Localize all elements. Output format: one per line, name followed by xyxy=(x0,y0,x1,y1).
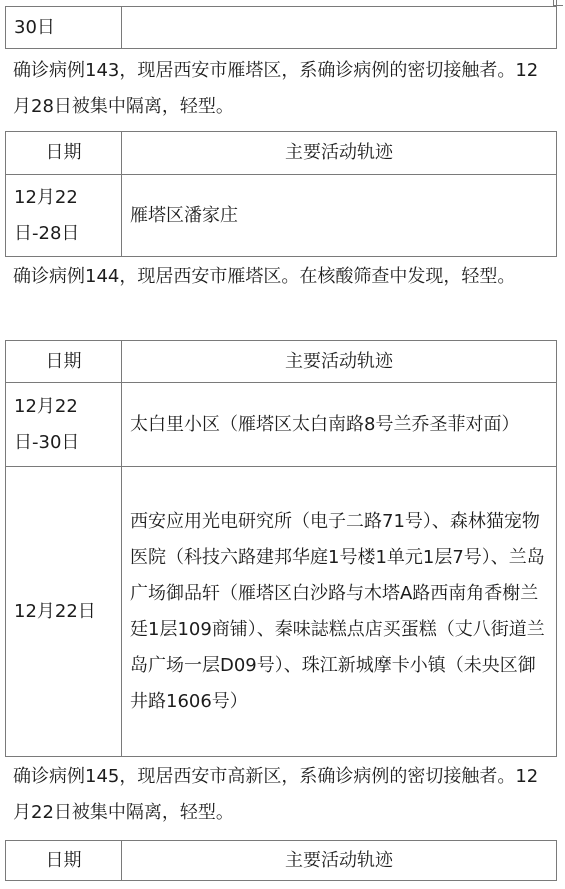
case-145-table: 日期 主要活动轨迹 xyxy=(5,840,557,881)
table-row: 12月22日-30日 太白里小区（雁塔区太白南路8号兰乔圣菲对面） xyxy=(6,382,556,466)
date-cell: 12月22日-30日 xyxy=(6,383,122,466)
case-145-description: 确诊病例145，现居西安市高新区，系确诊病例的密切接触者。12月22日被集中隔离… xyxy=(13,759,553,831)
table-header-row: 日期 主要活动轨迹 xyxy=(6,341,556,382)
fragment-table: 30日 xyxy=(5,6,557,49)
table-header-row: 日期 主要活动轨迹 xyxy=(6,132,556,174)
header-date: 日期 xyxy=(6,341,122,382)
track-cell: 雁塔区潘家庄 xyxy=(122,175,556,256)
case-144-description: 确诊病例144，现居西安市雁塔区。在核酸筛查中发现，轻型。 xyxy=(13,259,553,295)
date-cell: 30日 xyxy=(6,7,122,48)
date-cell: 12月22日-28日 xyxy=(6,175,122,256)
track-cell xyxy=(122,7,556,48)
track-cell: 太白里小区（雁塔区太白南路8号兰乔圣菲对面） xyxy=(122,383,556,466)
header-date: 日期 xyxy=(6,132,122,174)
header-date: 日期 xyxy=(6,841,122,880)
table-row: 12月22日 西安应用光电研究所（电子二路71号）、森林猫宠物医院（科技六路建邦… xyxy=(6,466,556,756)
header-track: 主要活动轨迹 xyxy=(122,841,556,880)
header-track: 主要活动轨迹 xyxy=(122,341,556,382)
table-row: 30日 xyxy=(6,7,556,48)
table-header-row: 日期 主要活动轨迹 xyxy=(6,841,556,880)
case-144-table: 日期 主要活动轨迹 12月22日-30日 太白里小区（雁塔区太白南路8号兰乔圣菲… xyxy=(5,340,557,757)
case-143-table: 日期 主要活动轨迹 12月22日-28日 雁塔区潘家庄 xyxy=(5,131,557,257)
header-track: 主要活动轨迹 xyxy=(122,132,556,174)
table-row: 12月22日-28日 雁塔区潘家庄 xyxy=(6,174,556,256)
case-143-description: 确诊病例143，现居西安市雁塔区，系确诊病例的密切接触者。12月28日被集中隔离… xyxy=(13,53,553,125)
track-cell: 西安应用光电研究所（电子二路71号）、森林猫宠物医院（科技六路建邦华庭1号楼1单… xyxy=(122,467,556,756)
date-cell: 12月22日 xyxy=(6,467,122,756)
